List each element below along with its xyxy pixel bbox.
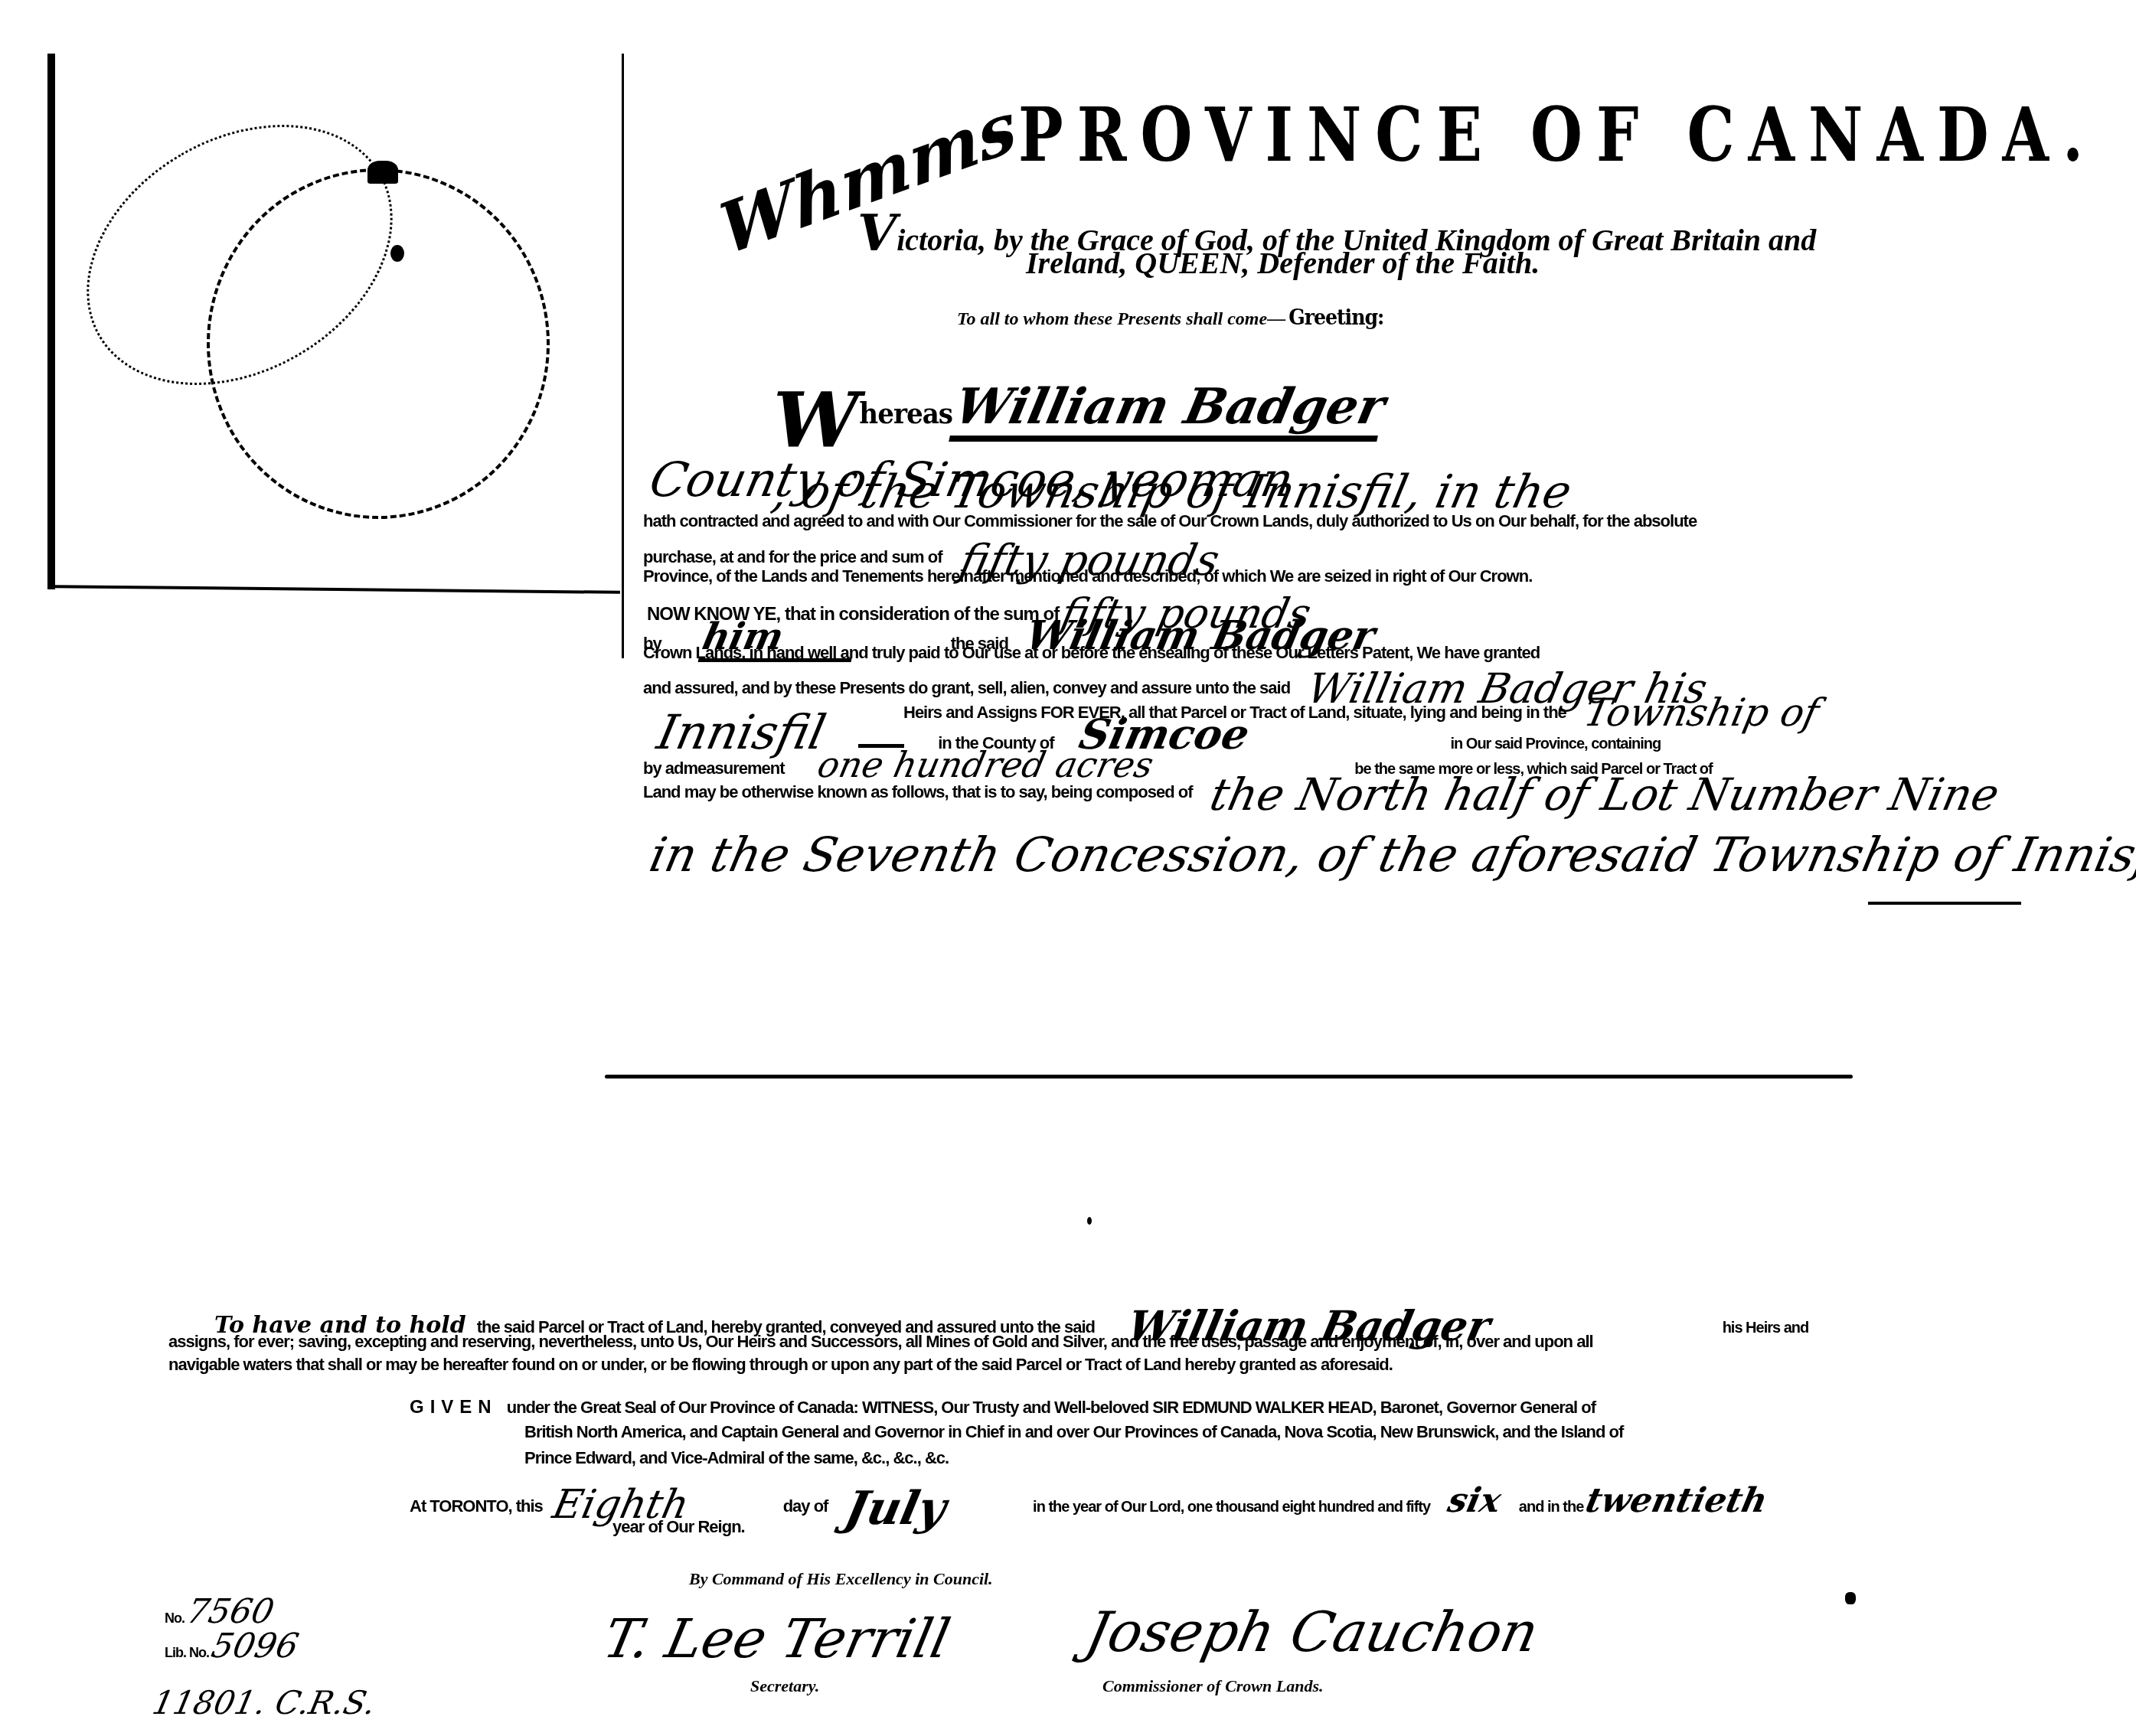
year-text: in the year of Our Lord, one thousand ei… (1033, 1499, 1430, 1516)
grantee-name: William Badger (949, 378, 1390, 442)
greeting-prefix: To all to whom these Presents shall come… (957, 309, 1285, 329)
price-label: purchase, at and for the price and sum o… (643, 547, 942, 566)
margin-note-1-value: 7560 (184, 1592, 278, 1631)
seal-bottom-border (54, 585, 620, 594)
margin-note-2-value: 5096 (208, 1627, 302, 1666)
seal-crown-icon (367, 161, 398, 184)
testimonium-line-3: Prince Edward, and Vice-Admiral of the s… (524, 1448, 949, 1468)
greeting: To all to whom these Presents shall come… (957, 305, 1383, 330)
seal-left-border (47, 54, 55, 589)
margin-note-3: 11801. C.R.S. (149, 1684, 379, 1721)
greeting-word: Greeting: (1288, 305, 1383, 330)
known-as-line: Land may be otherwise known as follows, … (643, 768, 1998, 821)
secretary-label: Secretary. (750, 1676, 819, 1696)
year-value: six (1445, 1481, 1505, 1520)
reign-value: twentieth (1582, 1481, 1771, 1520)
section-divider (605, 1075, 1853, 1078)
royal-dropcap: V (857, 203, 897, 263)
habendum-line-2: assigns, for ever; saving, excepting and… (168, 1332, 1593, 1352)
habendum-line-3: navigable waters that shall or may be he… (168, 1355, 1393, 1375)
month-value: July (841, 1482, 952, 1535)
given-label: GIVEN (410, 1397, 498, 1418)
royal-style-line2: Ireland, QUEEN, Defender of the Faith. (1026, 245, 1540, 281)
reign-label: and in the (1519, 1499, 1583, 1516)
testimonium-line-1: GIVEN under the Great Seal of Our Provin… (410, 1397, 1595, 1418)
description-line-2: in the Seventh Concession, of the afores… (645, 827, 2136, 883)
reign-suffix: year of Our Reign. (612, 1517, 745, 1537)
seal-panel (31, 46, 620, 597)
margin-note-1-prefix: No. (165, 1610, 185, 1626)
commissioner-signature: Joseph Cauchon (1080, 1600, 1544, 1664)
habendum-text-1-end: his Heirs and (1723, 1320, 1809, 1336)
ink-mark (1845, 1592, 1856, 1604)
description-line-1: the North half of Lot Number Nine (1205, 768, 2003, 821)
testimonium-text-1: under the Great Seal of Our Province of … (507, 1398, 1595, 1417)
margin-note-1: No. 7560 (165, 1592, 273, 1631)
page-title: PROVINCE OF CANADA. (1018, 92, 2097, 179)
left-margin-rule (622, 54, 624, 658)
known-as-label: Land may be otherwise known as follows, … (643, 782, 1193, 801)
grantee-county: County of Simcoe, yeoman (645, 452, 1298, 507)
ink-dot (1087, 1217, 1092, 1225)
day-of-label: day of (783, 1496, 828, 1516)
by-command: By Command of His Excellency in Council. (689, 1569, 993, 1589)
margin-note-2: Lib. No. 5096 (165, 1627, 298, 1666)
at-toronto-label: At TORONTO, this (410, 1496, 543, 1516)
testimonium-line-2: British North America, and Captain Gener… (524, 1422, 1623, 1442)
description-end-dash (1868, 902, 2021, 905)
secretary-signature: T. Lee Terrill (598, 1607, 955, 1670)
seal-mark-icon (390, 245, 404, 262)
crown-lands-line: Crown Lands, in hand well and truly paid… (643, 643, 1540, 663)
recital-line-3: Province, of the Lands and Tenements her… (643, 566, 1532, 586)
margin-note-2-prefix: Lib. No. (165, 1645, 209, 1660)
whereas-word: hereas (859, 396, 952, 430)
recital-line-1: hath contracted and agreed to and with O… (643, 511, 1697, 531)
commissioner-label: Commissioner of Crown Lands. (1102, 1676, 1324, 1696)
